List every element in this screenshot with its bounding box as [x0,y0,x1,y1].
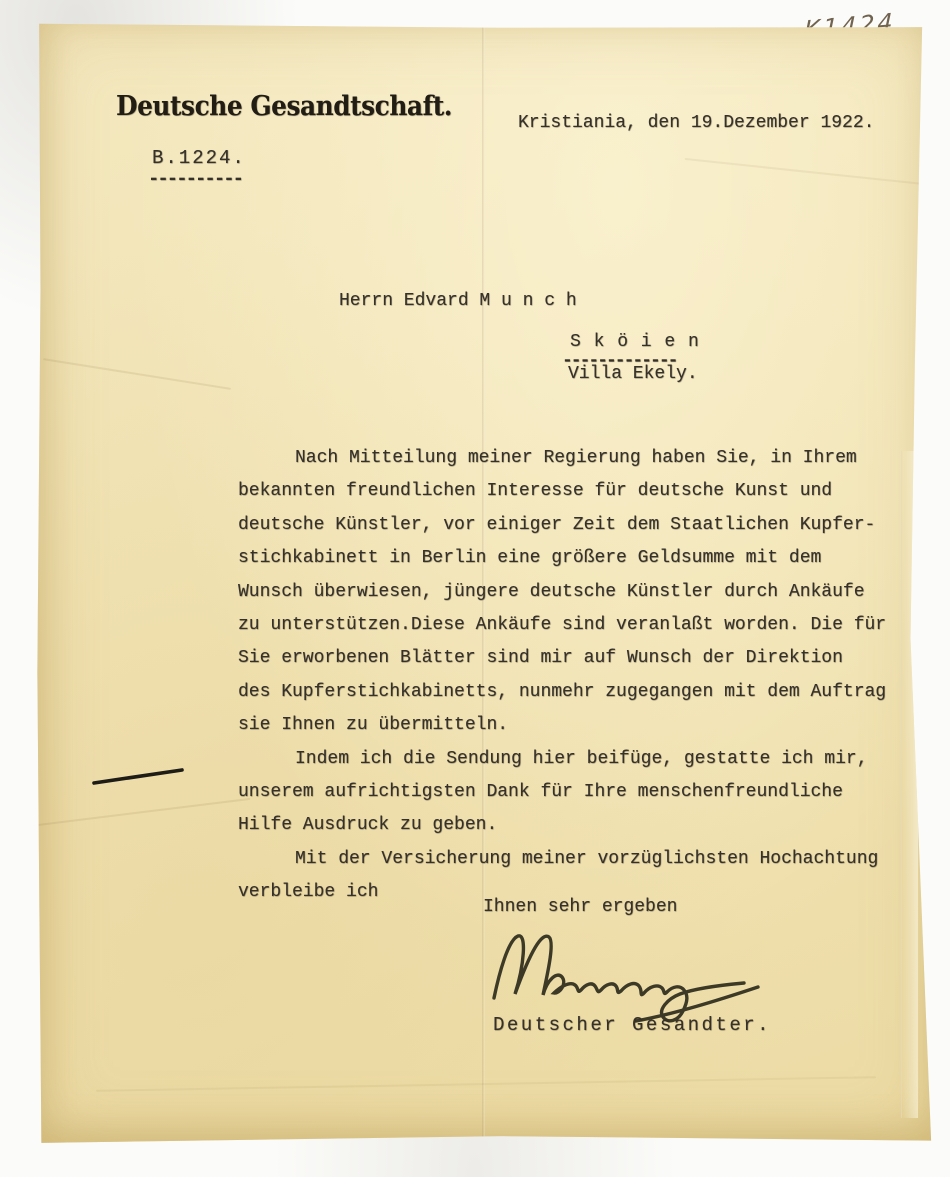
reference-underline: ---------- [148,168,242,190]
paper-wrinkle [37,798,251,826]
letterhead-organization: Deutsche Gesandtschaft. [116,91,452,122]
body-line: sie Ihnen zu übermitteln. [238,709,928,742]
paper-wrinkle [685,158,934,186]
reference-number: B.1224. [152,147,246,169]
letter-paper: Deutsche Gesandtschaft. B.1224. --------… [36,21,932,1144]
body-line: Sie erworbenen Blätter sind mir auf Wuns… [238,642,928,675]
body-line: stichkabinett in Berlin eine größere Gel… [238,542,928,575]
recipient-name-line: Herrn Edvard M u n c h [339,291,577,311]
body-line: Mit der Versicherung meiner vorzüglichst… [238,843,928,876]
body-line: Wunsch überwiesen, jüngere deutsche Küns… [238,576,928,609]
paper-wrinkle [96,1076,876,1092]
recipient-place-line: S k ö i e n [570,332,700,352]
body-line: unserem aufrichtigsten Dank für Ihre men… [238,776,928,809]
body-paragraph: Nach Mitteilung meiner Regierung haben S… [238,442,928,743]
body-line: des Kupferstichkabinetts, nunmehr zugega… [238,676,928,709]
body-line: Nach Mitteilung meiner Regierung haben S… [238,442,928,475]
scan-background: { "annotation": { "archive_code": "K1424… [0,0,950,1177]
recipient-villa-line: Villa Ekely. [568,364,698,384]
body-line: Hilfe Ausdruck zu geben. [238,809,928,842]
paper-wrinkle [43,358,231,390]
dateline: Kristiania, den 19.Dezember 1922. [518,113,874,133]
letter-body: Nach Mitteilung meiner Regierung haben S… [238,442,928,909]
body-line: deutsche Künstler, vor einiger Zeit dem … [238,509,928,542]
valediction: Ihnen sehr ergeben [483,897,677,917]
body-line: Indem ich die Sendung hier beifüge, gest… [238,743,928,776]
signature-title: Deutscher Gesandter. [493,1014,771,1036]
body-paragraph: Indem ich die Sendung hier beifüge, gest… [238,743,928,843]
margin-ink-mark [86,759,226,789]
body-line: zu unterstützen.Diese Ankäufe sind veran… [238,609,928,642]
body-line: bekannten freundlichen Interesse für deu… [238,475,928,508]
